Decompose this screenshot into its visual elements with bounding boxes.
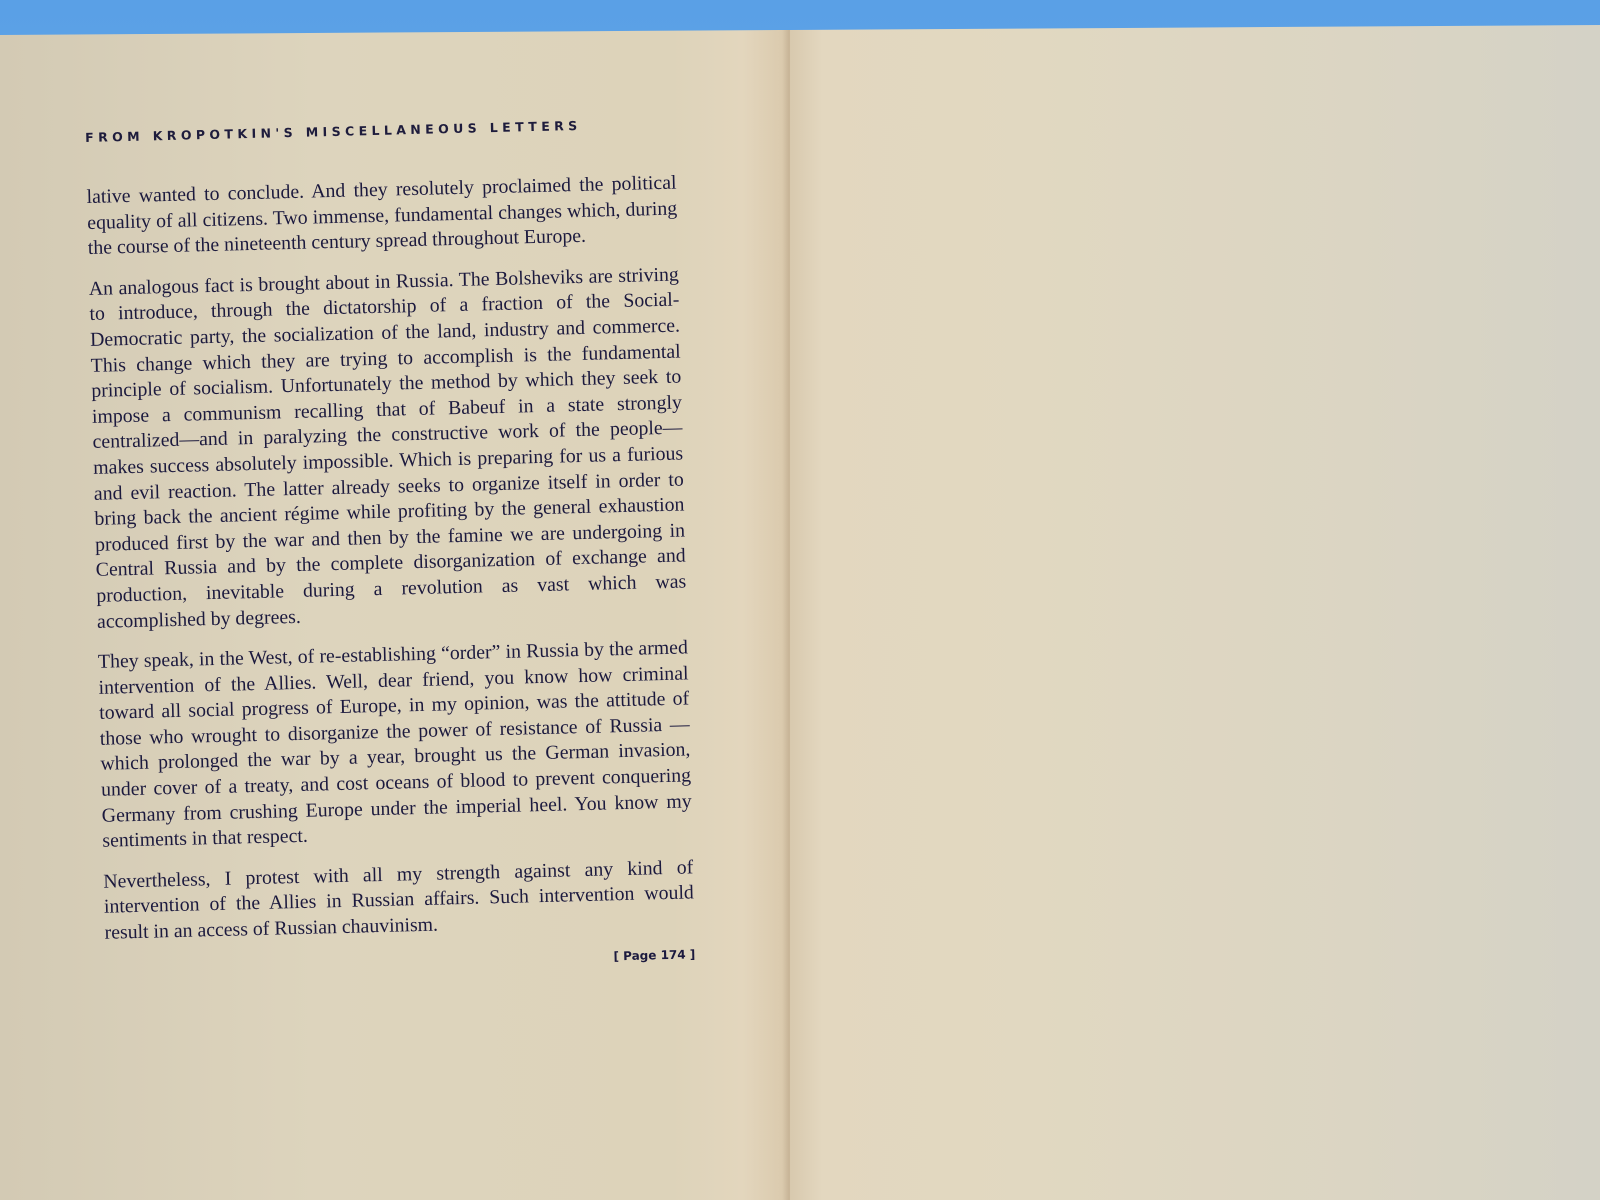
page-number-left: [ Page 174 ] <box>105 947 695 975</box>
left-page-text-column: From Kropotkin's Miscellaneous Letters l… <box>85 116 695 976</box>
left-page: From Kropotkin's Miscellaneous Letters l… <box>0 0 790 1200</box>
paragraph: lative wanted to conclude. And they reso… <box>86 171 678 262</box>
running-head-left: From Kropotkin's Miscellaneous Letters <box>85 116 675 145</box>
open-book: From Kropotkin's Miscellaneous Letters l… <box>0 0 1600 1200</box>
paragraph: Nevertheless, I protest with all my stre… <box>103 855 695 946</box>
right-page: From Kropotkin's Miscellaneous Letters I… <box>790 0 1600 1200</box>
paragraph: They speak, in the West, of re-establish… <box>98 636 693 855</box>
paragraph: An analogous fact is brought about in Ru… <box>89 262 688 635</box>
